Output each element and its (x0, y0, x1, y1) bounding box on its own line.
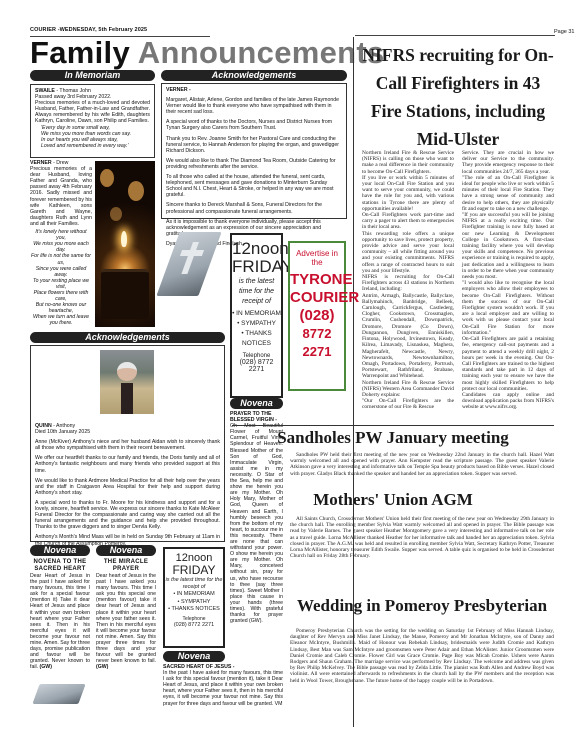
deadline-day: FRIDAY (232, 259, 281, 275)
deadline-notice-top: 12noon FRIDAY is the latest time for the… (230, 233, 283, 398)
novena-header-3: Novena (230, 398, 283, 409)
sandholes-headline: Sandholes PW January meeting (232, 426, 554, 450)
novena-header-4: Novena (163, 651, 225, 662)
title-family: Family (30, 35, 130, 70)
advert-line1: Advertise in the (290, 249, 344, 267)
nifrs-headline: NIFRS recruiting for On-Call Firefighter… (362, 41, 554, 153)
verner-notice: VERNER - Drew Precious memories of a dea… (30, 160, 92, 327)
in-memoriam-header: In Memoriam (30, 70, 155, 81)
mothers-union-headline: Mothers' Union AGM (232, 488, 554, 512)
quinn-died: Died 10th January 2025 (35, 429, 220, 435)
novena-4-body: In the past I have asked for many favour… (163, 670, 283, 707)
nifrs-column-1: Northern Ireland Fire & Rescue Service (… (362, 150, 454, 411)
ack-verner-p2: A special word of thanks to the Doctors,… (166, 119, 342, 131)
advert-line5: 8772 2271 (290, 325, 344, 361)
tyrone-courier-advert[interactable]: Advertise in the TYRONE COURIER (028) 87… (288, 241, 346, 391)
wedding-headline: Wedding in Pomeroy Presbyterian (290, 593, 554, 619)
nifrs-column-2: Service. They are crucial in how we deli… (462, 150, 554, 411)
deadline2-telephone: (028) 8772 2271 (165, 622, 223, 628)
ack-verner-p4: We would also like to thank The Diamond … (166, 158, 342, 170)
deadline-items: • IN MEMORIAM • SYMPATHY • THANKS NOTICE… (232, 309, 281, 349)
novena-1-body: Dear Heart of Jesus in the past I have a… (30, 573, 90, 671)
verner-body: Precious memories of a dear Husband, lov… (30, 166, 92, 227)
deadline2-text: is the latest time for the receipt of (165, 577, 223, 591)
deadline-telephone: (028) 8772 2271 (232, 359, 281, 373)
novena-2-body: Dear heart of Jesus in the past I have a… (96, 573, 156, 671)
mothers-union-body: All Saints Church, Crossdernot Mothers' … (290, 516, 554, 559)
quinn-p1: Anne (McKiver) Anthony's niece and her h… (35, 439, 220, 451)
quinn-p3: We would like to thank Ardmore Medical P… (35, 478, 220, 496)
ack-verner-p5: To all those who called at the house, at… (166, 174, 342, 198)
novena-1-title: NOVENA TO THE SACRED HEART (30, 559, 90, 573)
deadline2-items: • IN MEMORIAM • SYMPATHY • THANKS NOTICE… (165, 591, 223, 614)
quinn-p2: We offer our heartfelt thanks to our fam… (35, 455, 220, 473)
bible-icon-small (32, 684, 85, 704)
novena-miracle-prayer: THE MIRACLE PRAYER Dear heart of Jesus i… (96, 559, 156, 671)
novena-3-body: Oh Most Beautiful Flower of Mount Carmel… (230, 423, 283, 624)
advert-line3: COURIER (290, 289, 344, 307)
column-divider (353, 37, 354, 727)
quinn-acknowledgement: QUINN - Anthony Died 10th January 2025 A… (30, 345, 225, 542)
header-rule-right (355, 35, 555, 36)
deadline-time: 12noon (232, 239, 281, 259)
publication-line: COURIER -WEDNESDAY, 5th February 2025 (30, 27, 147, 33)
ack-verner-p6: Sincere thanks to Dereck Marshall & Sons… (166, 202, 342, 214)
advert-line2: TYRONE (290, 271, 344, 289)
quinn-p4: A special word to thanks to Fr. Moore fo… (35, 500, 220, 530)
candle-photo (95, 161, 155, 327)
deadline-text: is the latest time for the receipt of (234, 277, 279, 307)
acknowledgements-header-2: Acknowledgements (30, 332, 225, 343)
novena-header-2: Novena (96, 545, 156, 556)
swaile-verse: 'Every day in some small way, We miss yo… (35, 125, 150, 149)
verner-verse: It's lonely here without you, We miss yo… (30, 229, 92, 327)
swaile-body: Precious memories of a much-loved and de… (35, 100, 150, 124)
novena-3-title: PRAYER TO THE BLESSED VIRGIN - (230, 411, 283, 423)
acknowledgements-header: Acknowledgements (161, 70, 347, 81)
sandholes-body: Sandholes PW held their first meeting of… (290, 452, 554, 477)
ack-verner-name: VERNER - (166, 87, 342, 93)
novena-sacred-heart-of-jesus: SACRED HEART OF JESUS - In the past I ha… (163, 664, 283, 707)
deadline-notice-bottom: 12noon FRIDAY is the latest time for the… (163, 547, 225, 648)
title-announcements: Announcements (138, 35, 385, 70)
page-title: Family Announcements (30, 38, 385, 68)
novena-header-1: Novena (30, 545, 90, 556)
deadline2-day: FRIDAY (165, 564, 223, 577)
ack-verner-p1: Margaret, Alistair, Arlene, Gordon and f… (166, 97, 342, 115)
novena-2-title: THE MIRACLE PRAYER (96, 559, 156, 573)
novena-sacred-heart: NOVENA TO THE SACRED HEART Dear Heart of… (30, 559, 90, 671)
verner-acknowledgement: VERNER - Margaret, Alistair, Arlene, Gor… (161, 83, 347, 219)
wedding-body: Pomeroy Presbyterian Church was the sett… (290, 628, 554, 684)
swaile-notice: SWAILE - Thomas John Passed away 3rd Feb… (30, 84, 155, 158)
page-number: Page 31 (554, 29, 575, 35)
quinn-photo (100, 350, 154, 414)
ack-verner-p3: Thank you to Rev. Joanne Smith for her P… (166, 136, 342, 154)
advert-line4: (028) (290, 307, 344, 325)
